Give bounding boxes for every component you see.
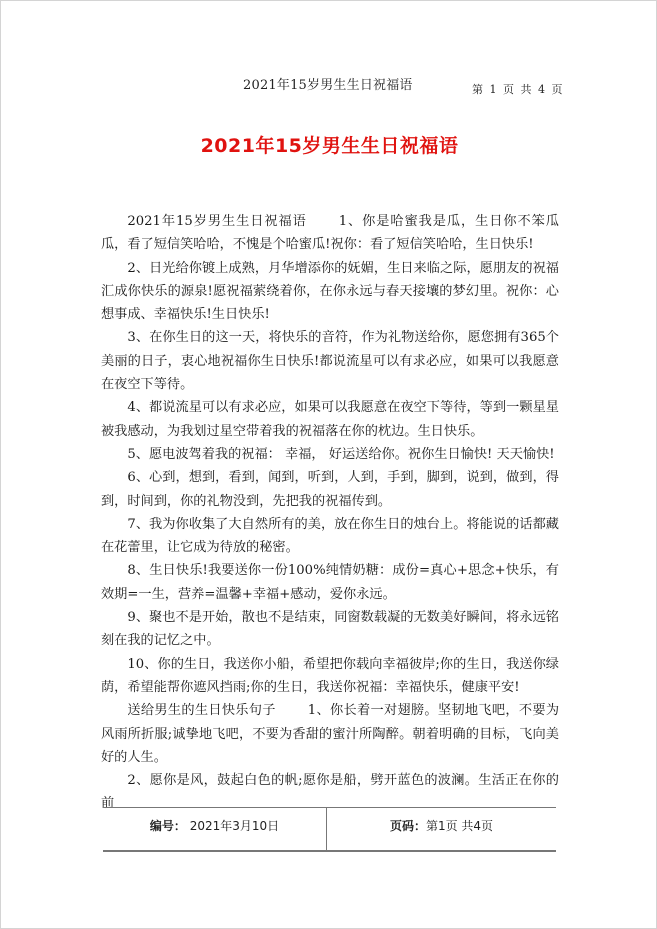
paragraph-1: 2021年15岁男生生日祝福语1、你是哈蜜我是瓜，生日你不笨瓜瓜，看了短信笑哈哈… bbox=[101, 210, 559, 257]
paragraph-5: 5、愿电波驾着我的祝福： 幸福， 好运送给你。祝你生日愉快! 天天愉快! bbox=[101, 443, 559, 466]
paragraph-3: 3、在你生日的这一天，将快乐的音符，作为礼物送给你，愿您拥有365个美丽的日子，… bbox=[101, 326, 559, 396]
paragraph-9: 9、聚也不是开始，散也不是结束，同窗数载凝的无数美好瞬间，将永远铭刻在我的记忆之… bbox=[101, 606, 559, 653]
footer-serial-cell: 编号： 2021年3月10日 bbox=[103, 808, 327, 850]
paragraph-8: 8、生日快乐!我要送你一份100%纯情奶糖：成份=真心+思念+快乐，有效期=一生… bbox=[101, 559, 559, 606]
running-header-title: 2021年15岁男生生日祝福语 bbox=[243, 74, 413, 93]
paragraph-10: 10、你的生日，我送你小船，希望把你载向幸福彼岸;你的生日，我送你绿荫，希望能帮… bbox=[101, 653, 559, 700]
paragraph-4: 4、都说流星可以有求必应，如果可以我愿意在夜空下等待，等到一颗星星被我感动，为我… bbox=[101, 396, 559, 443]
document-body: 2021年15岁男生生日祝福语1、你是哈蜜我是瓜，生日你不笨瓜瓜，看了短信笑哈哈… bbox=[101, 210, 559, 816]
paragraph-lead: 送给男生的生日快乐句子 bbox=[127, 703, 275, 718]
footer-page-cell: 页码：第1页 共4页 bbox=[327, 808, 556, 850]
footer-serial-value: 2021年3月10日 bbox=[190, 819, 279, 833]
paragraph-11: 送给男生的生日快乐句子1、你长着一对翅膀。坚韧地飞吧，不要为风雨所折服;诚挚地飞… bbox=[101, 699, 559, 769]
footer-table: 编号： 2021年3月10日 页码：第1页 共4页 bbox=[103, 807, 556, 852]
paragraph-lead: 2021年15岁男生生日祝福语 bbox=[127, 214, 306, 229]
document-title: 2021年15岁男生生日祝福语 bbox=[1, 131, 657, 158]
paragraph-2: 2、日光给你镀上成熟，月华增添你的妩媚，生日来临之际，愿朋友的祝福汇成你快乐的源… bbox=[101, 257, 559, 327]
footer-page-value: 第1页 共4页 bbox=[426, 819, 493, 833]
paragraph-7: 7、我为你收集了大自然所有的美，放在你生日的烛台上。将能说的话都藏在花蕾里，让它… bbox=[101, 513, 559, 560]
footer-serial-label: 编号： bbox=[150, 819, 186, 833]
document-page: 2021年15岁男生生日祝福语 第 1 页 共 4 页 2021年15岁男生生日… bbox=[0, 0, 657, 929]
running-header-page-indicator: 第 1 页 共 4 页 bbox=[472, 81, 562, 97]
footer-page-label: 页码： bbox=[390, 819, 426, 833]
paragraph-6: 6、心到，想到，看到，闻到，听到，人到，手到，脚到，说到，做到，得到，时间到，你… bbox=[101, 466, 559, 513]
